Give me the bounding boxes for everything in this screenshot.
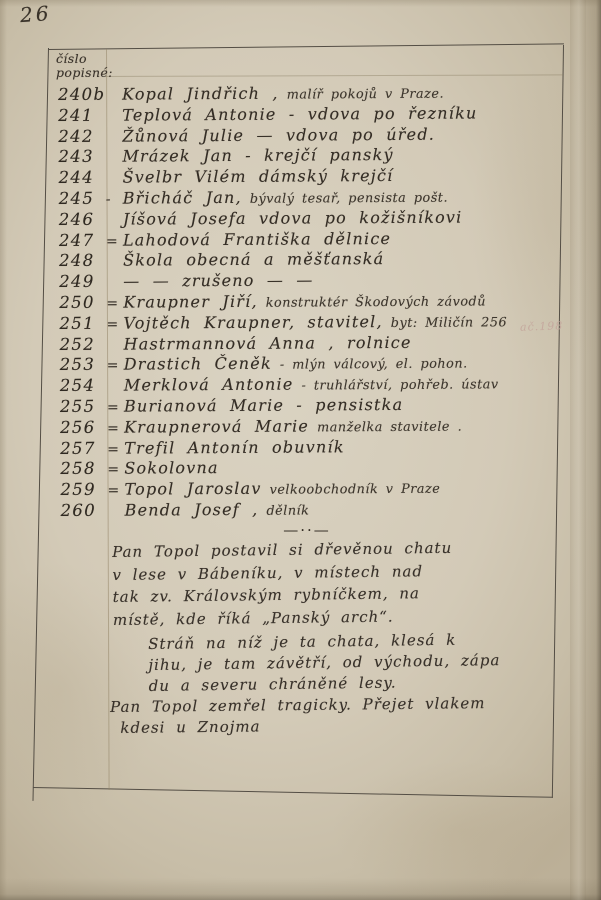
entry-name: Břicháč Jan, (123, 188, 242, 208)
entry-detail: - mlýn válcový, el. pohon. (280, 357, 468, 373)
entry-detail: manželka stavitele . (317, 419, 462, 435)
entry-name: Burianová Marie - pensistka (124, 395, 403, 416)
house-number: 257 (60, 438, 107, 457)
entry-detail: byt: Miličín 256 (391, 315, 507, 331)
house-number: 251 (59, 313, 106, 332)
entry-detail: dělník (266, 503, 309, 518)
paragraph-line: kdesi u Znojma (120, 714, 486, 739)
entry-mark: = (106, 316, 123, 332)
header-rule-line (106, 74, 563, 77)
entry-name: Trefil Antonín obuvník (124, 437, 345, 457)
house-number: 253 (60, 355, 107, 374)
house-number: 256 (60, 417, 107, 436)
house-number: 243 (58, 147, 105, 166)
house-number: 260 (61, 501, 108, 520)
house-number: 258 (60, 459, 107, 478)
entry-detail: velkoobchodník v Praze (270, 482, 441, 498)
entry-mark: - (106, 192, 123, 208)
column-header-line1: číslo (56, 52, 113, 66)
entry-name: Kraupner Jiří, (123, 292, 258, 312)
entry-name: Škola obecná a měšťanská (123, 249, 384, 270)
house-number: 254 (60, 376, 107, 395)
entry-name: Topol Jaroslav (124, 479, 261, 499)
pencil-side-note: ač.198 (520, 319, 564, 334)
entry-name: Žůnová Julie — vdova po úřed. (122, 124, 435, 145)
paragraph-line: Pan Topol zemřel tragicky. Přejet vlakem (110, 693, 486, 718)
house-number: 252 (60, 334, 107, 353)
house-number: 246 (59, 209, 106, 228)
paragraph-topol-death: Pan Topol zemřel tragicky. Přejet vlakem… (110, 693, 486, 739)
entry-mark: = (107, 462, 124, 478)
entry-mark: = (107, 358, 124, 374)
entry-detail: bývalý tesař, pensista pošt. (250, 191, 448, 207)
paragraph-line: tak zv. Královským rybníčkem, na (113, 582, 453, 609)
column-header-line2: popisné: (56, 66, 113, 80)
house-number: 242 (58, 126, 105, 145)
entry-mark: = (107, 400, 124, 416)
paragraph-line: místě, kde říká „Panský arch“. (113, 604, 453, 631)
entry-mark: = (107, 441, 124, 457)
entry-name: Drastich Čeněk (124, 354, 272, 374)
house-number: 249 (59, 272, 106, 291)
entry-name: Merklová Antonie (124, 375, 294, 395)
entry-name: — — zrušeno — — (123, 271, 313, 291)
registry-page: 26 číslo popisné: 240b Kopal Jindřich , … (0, 0, 601, 900)
house-number: 248 (59, 251, 106, 270)
entry-detail: malíř pokojů v Praze. (287, 87, 444, 103)
frame-top-line (48, 43, 564, 50)
entry-name: Jíšová Josefa vdova po kožišníkovi (123, 207, 463, 228)
paper-stain (330, 760, 590, 900)
house-number: 259 (60, 480, 107, 499)
entry-name: Benda Josef , (125, 500, 259, 520)
entry-detail: konstruktér Škodových závodů (266, 294, 486, 310)
entry-name: Hastrmannová Anna , rolnice (124, 332, 412, 353)
entry-mark: = (106, 233, 123, 249)
house-number: 240b (58, 85, 105, 104)
section-divider: —··— (252, 521, 362, 539)
entry-mark: = (107, 483, 124, 499)
house-number: 245 (59, 189, 106, 208)
house-number: 241 (58, 106, 105, 125)
entry-detail: - truhlářství, pohřeb. ústav (301, 377, 498, 393)
entries-list: 240b Kopal Jindřich , malíř pokojů v Pra… (58, 82, 566, 522)
entry-name: Kopal Jindřich , (122, 84, 279, 104)
entry-mark: = (106, 296, 123, 312)
entry-name: Sokolovna (124, 458, 218, 478)
house-number: 255 (60, 397, 107, 416)
house-number: 244 (59, 168, 106, 187)
registry-row: 260 Benda Josef , dělník (61, 498, 566, 522)
entry-name: Švelbr Vilém dámský krejčí (123, 166, 394, 187)
page-number: 26 (19, 1, 52, 27)
house-number: 250 (59, 293, 106, 312)
frame-left-line (32, 48, 49, 801)
entry-name: Teplová Antonie - vdova po řezníku (122, 103, 477, 124)
house-number: 247 (59, 230, 106, 249)
frame-bottom-line (33, 787, 553, 798)
column-header: číslo popisné: (56, 52, 113, 80)
entry-mark: = (107, 420, 124, 436)
page-crease (570, 0, 586, 900)
entry-name: Lahodová Františka dělnice (123, 229, 391, 250)
entry-name: Kraupnerová Marie (124, 416, 309, 436)
paragraph-topol-chata: Pan Topol postavil si dřevěnou chatuv le… (112, 537, 453, 631)
paragraph-stran: Stráň na níž je ta chata, klesá kjihu, j… (148, 629, 501, 697)
entry-name: Mrázek Jan - krejčí panský (122, 145, 393, 166)
entry-name: Vojtěch Kraupner, stavitel, (123, 312, 382, 333)
